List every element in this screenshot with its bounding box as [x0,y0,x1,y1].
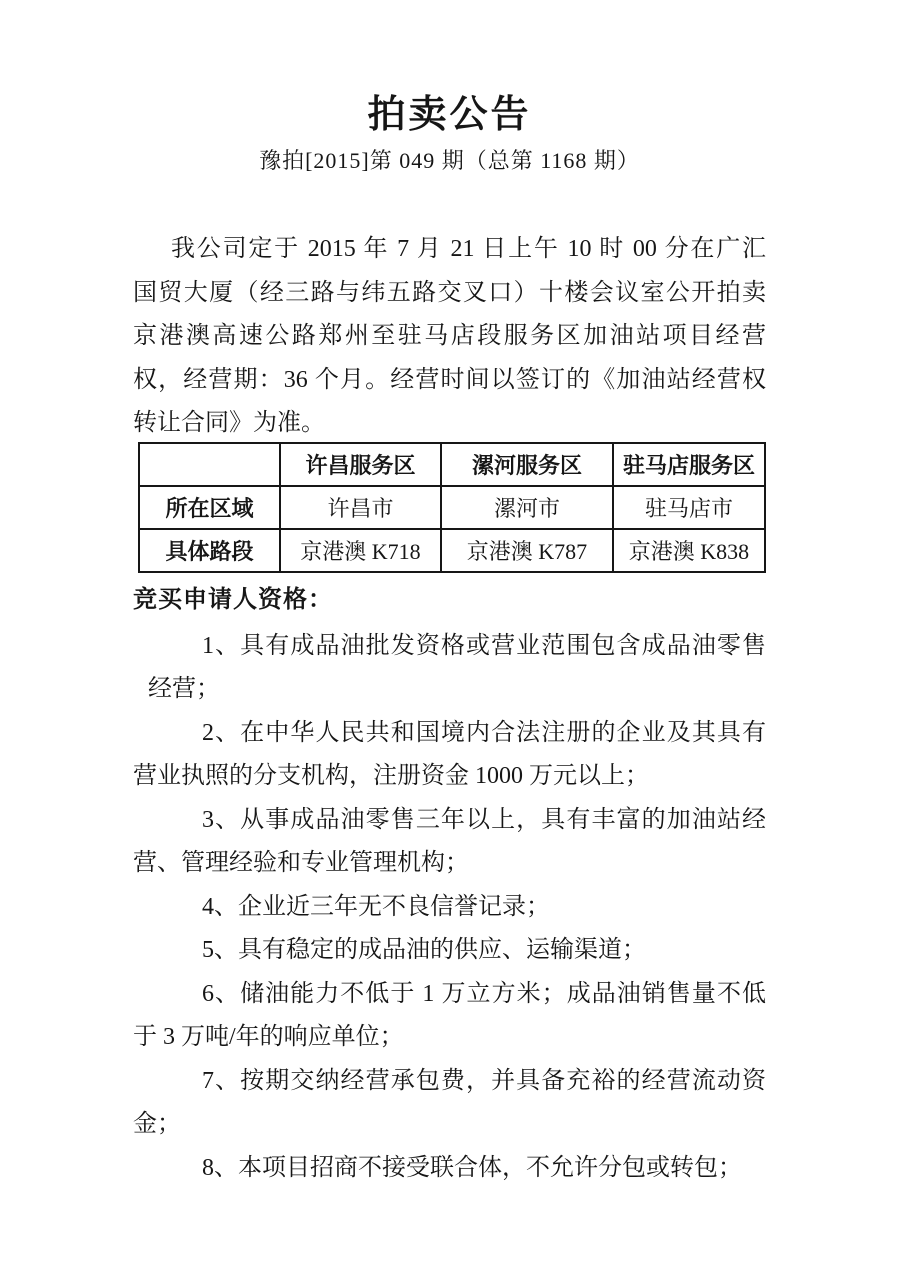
qualification-line: 4、企业近三年无不良信誉记录； [133,886,766,930]
value-cell: 漯河市 [441,486,613,529]
value-cell: 许昌市 [280,486,441,529]
table-row: 具体路段 京港澳 K718 京港澳 K787 京港澳 K838 [139,529,765,572]
qualification-line: 营、管理经验和专业管理机构； [133,842,766,886]
table-header-cell: 漯河服务区 [441,443,613,486]
qualification-line: 8、本项目招商不接受联合体，不允许分包或转包； [133,1147,766,1191]
table-header-row: 许昌服务区 漯河服务区 驻马店服务区 [139,443,765,486]
intro-paragraph: 我公司定于 2015 年 7 月 21 日上午 10 时 00 分在广汇 国贸大… [133,228,766,446]
qualification-line: 7、按期交纳经营承包费，并具备充裕的经营流动资 [133,1060,766,1104]
table-corner-cell [139,443,280,486]
table-header-cell: 许昌服务区 [280,443,441,486]
intro-line: 权，经营期：36 个月。经营时间以签订的《加油站经营权 [133,359,766,403]
value-cell: 驻马店市 [613,486,765,529]
intro-line: 国贸大厦（经三路与纬五路交叉口）十楼会议室公开拍卖 [133,272,766,316]
qualification-line: 金； [133,1103,766,1147]
document-page: 拍卖公告 豫拍[2015]第 049 期（总第 1168 期） 我公司定于 20… [0,0,900,1272]
intro-line: 京港澳高速公路郑州至驻马店段服务区加油站项目经营 [133,315,766,359]
intro-line: 转让合同》为准。 [133,402,766,446]
qualification-line: 经营； [133,668,766,712]
service-area-table: 许昌服务区 漯河服务区 驻马店服务区 所在区域 许昌市 漯河市 驻马店市 具体路… [138,442,766,573]
issue-number-line: 豫拍[2015]第 049 期（总第 1168 期） [133,146,766,176]
value-cell: 京港澳 K838 [613,529,765,572]
qualifications-list: 1、具有成品油批发资格或营业范围包含成品油零售 经营； 2、在中华人民共和国境内… [133,625,766,1191]
document-title: 拍卖公告 [133,92,766,138]
qualification-line: 2、在中华人民共和国境内合法注册的企业及其具有 [133,712,766,756]
qualifications-heading: 竞买申请人资格： [133,585,766,615]
qualification-line: 5、具有稳定的成品油的供应、运输渠道； [133,929,766,973]
qualification-line: 1、具有成品油批发资格或营业范围包含成品油零售 [133,625,766,669]
table-row: 所在区域 许昌市 漯河市 驻马店市 [139,486,765,529]
qualification-line: 营业执照的分支机构，注册资金 1000 万元以上； [133,755,766,799]
row-label-cell: 具体路段 [139,529,280,572]
qualification-line: 6、储油能力不低于 1 万立方米；成品油销售量不低 [133,973,766,1017]
value-cell: 京港澳 K718 [280,529,441,572]
table-header-cell: 驻马店服务区 [613,443,765,486]
intro-line: 我公司定于 2015 年 7 月 21 日上午 10 时 00 分在广汇 [133,228,766,272]
value-cell: 京港澳 K787 [441,529,613,572]
qualification-line: 于 3 万吨/年的响应单位； [133,1016,766,1060]
row-label-cell: 所在区域 [139,486,280,529]
qualification-line: 3、从事成品油零售三年以上，具有丰富的加油站经 [133,799,766,843]
